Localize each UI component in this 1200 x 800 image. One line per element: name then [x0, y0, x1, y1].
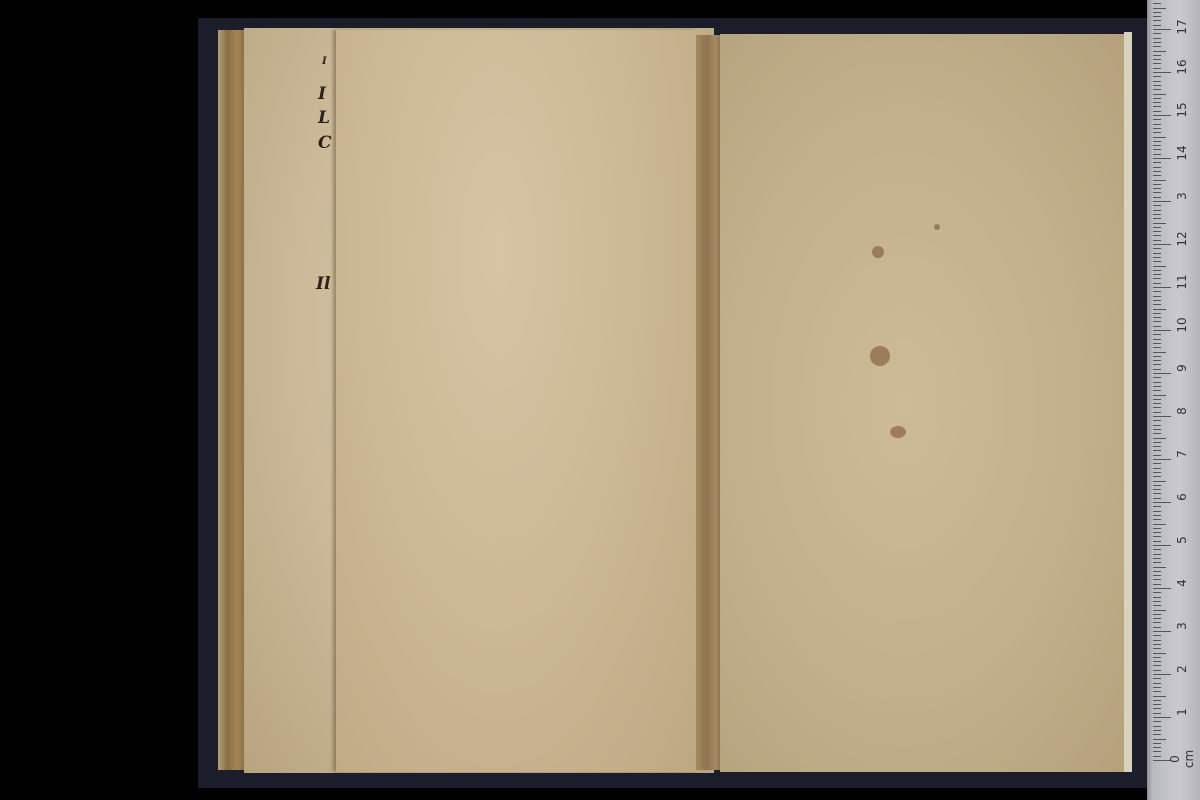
ruler-tick [1153, 403, 1161, 404]
ruler-tick [1153, 210, 1161, 211]
ruler-tick [1153, 33, 1161, 34]
ruler-tick [1153, 571, 1161, 572]
ruler-tick [1153, 640, 1161, 641]
ruler-tick [1153, 532, 1161, 533]
ruler-tick [1153, 631, 1171, 632]
ruler-tick [1153, 300, 1161, 301]
right-page [720, 34, 1128, 772]
ruler-tick [1153, 124, 1161, 125]
ruler-tick [1153, 214, 1161, 215]
ruler-tick [1153, 235, 1161, 236]
ruler-number: 9 [1175, 357, 1189, 379]
ruler-number: 14 [1175, 142, 1189, 164]
ruler-tick [1153, 502, 1171, 503]
ruler-tick [1153, 751, 1161, 752]
ruler-tick [1153, 429, 1161, 430]
ruler-tick [1153, 395, 1166, 396]
ruler-tick [1153, 506, 1161, 507]
front-leaf-page [336, 30, 696, 772]
ruler-tick [1153, 700, 1161, 701]
ruler-tick [1153, 549, 1161, 550]
ruler-tick [1153, 696, 1166, 697]
ruler-tick [1153, 360, 1161, 361]
ruler-tick [1153, 390, 1161, 391]
ruler-tick [1153, 20, 1161, 21]
ruler-tick [1153, 25, 1161, 26]
ruler-number: 2 [1175, 658, 1189, 680]
ruler-tick [1153, 115, 1171, 116]
ruler-tick [1153, 511, 1161, 512]
ruler-tick [1153, 407, 1161, 408]
ruler-tick [1153, 304, 1161, 305]
ruler-tick [1153, 343, 1161, 344]
ruler-tick [1153, 648, 1161, 649]
ruler-tick [1153, 180, 1166, 181]
ruler-tick [1153, 653, 1166, 654]
ruler-tick [1153, 278, 1161, 279]
ruler-tick [1153, 450, 1161, 451]
ruler-tick [1153, 356, 1161, 357]
ruler-tick [1153, 240, 1161, 241]
ruler-tick [1153, 253, 1161, 254]
ruler-tick [1153, 545, 1171, 546]
ruler-tick [1153, 575, 1161, 576]
ruler-tick [1153, 291, 1161, 292]
ruler-tick [1153, 592, 1161, 593]
margin-letter: Il [316, 274, 330, 294]
ruler-tick [1153, 721, 1161, 722]
stain [934, 224, 940, 230]
ruler-tick [1153, 270, 1161, 271]
ruler-tick [1153, 261, 1161, 262]
ruler-tick [1153, 747, 1161, 748]
ruler-tick [1153, 158, 1171, 159]
ruler-tick [1153, 377, 1161, 378]
ruler-tick [1153, 334, 1161, 335]
ruler-tick [1153, 433, 1161, 434]
ruler-tick [1153, 588, 1171, 589]
ruler-tick [1153, 16, 1161, 17]
ruler-tick [1153, 347, 1161, 348]
ruler-tick [1153, 601, 1161, 602]
ruler-tick [1153, 51, 1166, 52]
ruler-number: 6 [1175, 486, 1189, 508]
ruler-tick [1153, 94, 1166, 95]
ruler-tick [1153, 192, 1161, 193]
measuring-ruler: 0 cm 1 2 3 4 5 6 7 8 9 10 11 12 3 14 15 … [1147, 0, 1200, 800]
ruler-tick [1153, 29, 1171, 30]
ruler-tick [1153, 734, 1161, 735]
ruler-tick [1153, 579, 1161, 580]
margin-letter: I [318, 84, 326, 104]
ruler-tick [1153, 536, 1161, 537]
ruler-tick [1153, 132, 1161, 133]
ruler-tick [1153, 257, 1161, 258]
ruler-tick [1153, 622, 1161, 623]
ruler-tick [1153, 554, 1161, 555]
ruler-tick [1153, 201, 1171, 202]
ruler-tick [1153, 489, 1161, 490]
ruler-tick [1153, 274, 1161, 275]
ruler-tick [1153, 459, 1171, 460]
ruler-tick [1153, 188, 1161, 189]
ruler-tick [1153, 330, 1171, 331]
ruler-tick [1153, 644, 1161, 645]
ruler-tick [1153, 283, 1161, 284]
ruler-number: 3 [1175, 615, 1189, 637]
ruler-tick [1153, 399, 1161, 400]
ruler-tick [1153, 674, 1171, 675]
margin-letter: C [318, 133, 332, 153]
ruler-tick [1153, 309, 1166, 310]
ruler-number: 17 [1175, 16, 1189, 38]
ruler-tick [1153, 98, 1161, 99]
ruler-tick [1153, 369, 1161, 370]
ruler-tick [1153, 468, 1161, 469]
ruler-tick [1153, 519, 1161, 520]
ruler-number: 4 [1175, 572, 1189, 594]
ruler-tick [1153, 463, 1161, 464]
page-edge [1124, 32, 1132, 772]
ruler-tick [1153, 756, 1161, 757]
ruler-tick [1153, 111, 1161, 112]
ruler-tick [1153, 76, 1161, 77]
ruler-tick [1153, 141, 1161, 142]
ruler-tick [1153, 145, 1161, 146]
ruler-tick [1153, 442, 1161, 443]
ruler-tick [1153, 231, 1161, 232]
ruler-unit-label: 0 cm [1168, 748, 1196, 770]
ruler-tick [1153, 485, 1161, 486]
ruler-tick [1153, 8, 1166, 9]
ruler-tick [1153, 726, 1161, 727]
ruler-tick [1153, 665, 1161, 666]
ruler-tick [1153, 248, 1161, 249]
ruler-number: 3 [1175, 185, 1189, 207]
ruler-tick [1153, 352, 1166, 353]
ruler-tick [1153, 227, 1161, 228]
ruler-tick [1153, 730, 1161, 731]
margin-letter: I [322, 56, 327, 67]
ruler-tick [1153, 597, 1161, 598]
ruler-tick [1153, 412, 1161, 413]
ruler-tick [1153, 446, 1161, 447]
ruler-tick [1153, 425, 1161, 426]
ruler-number: 7 [1175, 443, 1189, 465]
ruler-tick [1153, 438, 1166, 439]
ruler-tick [1153, 416, 1171, 417]
ruler-number: 10 [1175, 314, 1189, 336]
ruler-tick [1153, 558, 1161, 559]
ruler-tick [1153, 708, 1161, 709]
ruler-tick [1153, 89, 1161, 90]
ruler-tick [1153, 162, 1161, 163]
ruler-tick [1153, 635, 1161, 636]
ruler-tick [1153, 678, 1161, 679]
ruler-tick [1153, 528, 1161, 529]
ruler-tick [1153, 661, 1161, 662]
stain [890, 426, 906, 438]
ruler-tick [1153, 493, 1161, 494]
ruler-tick [1153, 541, 1161, 542]
ruler-tick [1153, 704, 1161, 705]
ruler-tick [1153, 296, 1161, 297]
ruler-tick [1153, 713, 1161, 714]
ruler-tick [1153, 106, 1161, 107]
ruler-tick [1153, 85, 1161, 86]
ruler-tick [1153, 382, 1161, 383]
ruler-tick [1153, 218, 1161, 219]
ruler-tick [1153, 743, 1161, 744]
ruler-number: 11 [1175, 271, 1189, 293]
ruler-tick [1153, 205, 1161, 206]
ruler-tick [1153, 154, 1161, 155]
ruler-tick [1153, 472, 1161, 473]
stain [870, 346, 890, 366]
ruler-tick [1153, 420, 1161, 421]
ruler-tick [1153, 386, 1161, 387]
margin-letter: L [318, 108, 330, 128]
ruler-tick [1153, 167, 1161, 168]
ruler-tick [1153, 567, 1166, 568]
ruler-tick [1153, 670, 1161, 671]
ruler-tick [1153, 171, 1161, 172]
ruler-tick [1153, 691, 1161, 692]
ruler-tick [1153, 266, 1166, 267]
ruler-tick [1153, 38, 1161, 39]
ruler-tick [1153, 605, 1161, 606]
ruler-tick [1153, 739, 1166, 740]
ruler-tick [1153, 610, 1166, 611]
ruler-tick [1153, 175, 1161, 176]
ruler-tick [1153, 562, 1161, 563]
ruler-tick [1153, 476, 1161, 477]
ruler-tick [1153, 149, 1161, 150]
ruler-tick [1153, 287, 1171, 288]
ruler-number: 16 [1175, 56, 1189, 78]
ruler-tick [1153, 317, 1161, 318]
ruler-tick [1153, 364, 1161, 365]
ruler-tick [1153, 313, 1161, 314]
ruler-tick [1153, 3, 1161, 4]
ruler-tick [1153, 128, 1161, 129]
ruler-tick [1153, 68, 1161, 69]
ruler-tick [1153, 119, 1161, 120]
ruler-tick [1153, 63, 1161, 64]
ruler-tick [1153, 717, 1171, 718]
ruler-tick [1153, 339, 1161, 340]
ruler-tick [1153, 618, 1161, 619]
ruler-tick [1153, 683, 1161, 684]
ruler-tick [1153, 184, 1161, 185]
ruler-tick [1153, 657, 1161, 658]
ruler-number: 12 [1175, 228, 1189, 250]
ruler-tick [1153, 455, 1161, 456]
ruler-tick [1153, 321, 1161, 322]
ruler-tick [1153, 524, 1166, 525]
ruler-tick [1153, 59, 1161, 60]
ruler-number: 1 [1175, 701, 1189, 723]
ruler-tick [1153, 687, 1161, 688]
ruler-tick [1153, 46, 1161, 47]
ruler-tick [1153, 197, 1161, 198]
ruler-tick [1153, 481, 1166, 482]
ruler-tick [1153, 223, 1166, 224]
ruler-tick [1153, 42, 1161, 43]
ruler-tick [1153, 584, 1161, 585]
ruler-tick [1153, 515, 1161, 516]
ruler-tick [1153, 373, 1171, 374]
ruler-tick [1153, 137, 1166, 138]
ruler-tick [1153, 81, 1161, 82]
ruler-tick [1153, 614, 1161, 615]
ruler-tick [1153, 326, 1161, 327]
ruler-tick [1153, 72, 1171, 73]
stain [872, 246, 884, 258]
ruler-tick [1153, 55, 1161, 56]
ruler-tick [1153, 244, 1171, 245]
ruler-tick [1153, 627, 1161, 628]
ruler-tick [1153, 102, 1161, 103]
ruler-tick [1153, 12, 1161, 13]
ruler-number: 8 [1175, 400, 1189, 422]
ruler-tick [1153, 498, 1161, 499]
ruler-number: 5 [1175, 529, 1189, 551]
ruler-number: 15 [1175, 99, 1189, 121]
